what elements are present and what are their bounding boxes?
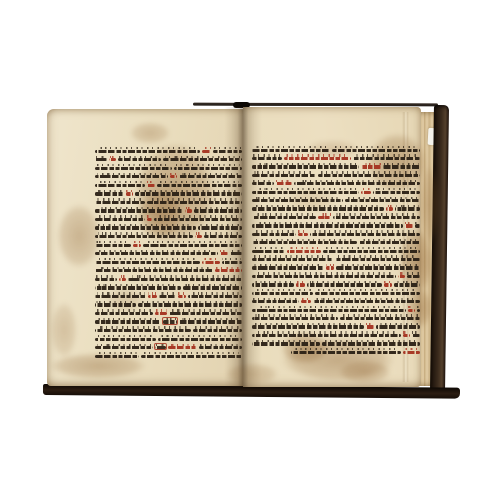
rubric-segment [384, 281, 392, 287]
ink-segment [95, 344, 153, 350]
ink-segment [95, 215, 145, 221]
ink-segment [95, 241, 131, 247]
ink-segment [159, 292, 176, 298]
left-text-block [95, 147, 242, 358]
manuscript-text-line [252, 348, 420, 354]
manuscript-text-line [95, 232, 242, 238]
manuscript-text-line [95, 309, 242, 315]
ink-segment [95, 309, 153, 315]
ink-segment [376, 323, 420, 329]
manuscript-text-line [95, 352, 242, 358]
rubric-segment [398, 272, 405, 278]
ink-segment [252, 163, 359, 169]
ink-segment [313, 298, 420, 304]
rubric-segment [126, 190, 133, 196]
ink-segment [95, 156, 107, 162]
photo-open-manuscript [0, 0, 500, 500]
manuscript-text-line [95, 267, 242, 273]
ink-segment [252, 331, 401, 337]
rubric-segment [403, 331, 410, 337]
ink-segment [95, 164, 172, 170]
manuscript-text-line [95, 258, 242, 264]
gutter-shadow [224, 107, 262, 387]
rubric-segment [296, 281, 304, 287]
rubric-segment [284, 154, 351, 160]
right-cover-edge [430, 105, 449, 396]
manuscript-text-line [95, 181, 242, 187]
manuscript-text-line [95, 344, 242, 350]
manuscript-text-line [95, 173, 242, 179]
ink-segment [415, 222, 420, 228]
manuscript-text-line [252, 154, 420, 160]
manuscript-text-line [95, 318, 242, 324]
ink-segment [353, 154, 420, 160]
ink-segment [252, 323, 364, 329]
manuscript-text-line [95, 156, 242, 162]
manuscript-text-line [252, 323, 420, 329]
manuscript-text-line [252, 331, 420, 337]
manuscript-text-line [252, 281, 420, 287]
manuscript-text-line [252, 239, 420, 245]
manuscript-text-line [252, 188, 420, 194]
ink-segment [95, 326, 191, 332]
manuscript-text-line [95, 207, 242, 213]
ink-segment [252, 264, 324, 270]
ink-segment [345, 197, 420, 203]
manuscript-text-line [252, 171, 420, 177]
ink-segment [95, 292, 146, 298]
ink-segment [95, 147, 200, 153]
manuscript-text-line [95, 326, 242, 332]
manuscript-text-line [95, 292, 242, 298]
rubric-segment [195, 232, 202, 238]
ink-segment [252, 222, 403, 228]
rubric-segment [408, 306, 415, 312]
ink-segment [412, 331, 420, 337]
ink-segment [95, 207, 183, 213]
manuscript-text-line [252, 163, 420, 169]
ink-segment [95, 335, 156, 341]
ink-segment [118, 156, 161, 162]
manuscript-text-line [252, 340, 420, 346]
rubric-segment [405, 222, 413, 228]
ink-segment [95, 267, 213, 273]
rubric-segment [386, 205, 393, 211]
ink-segment [310, 230, 420, 236]
ink-segment [359, 239, 420, 245]
ink-segment [394, 281, 420, 287]
manuscript-text-line [252, 289, 420, 295]
manuscript-text-line [95, 147, 242, 153]
manuscript-text-line [95, 215, 242, 221]
manuscript-text-line [95, 224, 242, 230]
manuscript-text-line [252, 306, 420, 312]
rubric-segment [202, 147, 211, 153]
ink-segment [95, 190, 124, 196]
rubric-segment [361, 163, 381, 169]
ink-segment [252, 255, 333, 261]
boxed-word [163, 318, 178, 324]
rubric-segment [155, 309, 167, 315]
ink-segment [95, 258, 200, 264]
rubric-segment [178, 292, 187, 298]
manuscript-text-line [252, 314, 420, 320]
ink-segment [95, 232, 193, 238]
ink-segment [323, 247, 420, 253]
ink-segment [252, 197, 343, 203]
ink-segment [95, 318, 161, 324]
ink-segment [252, 306, 406, 312]
rubric-segment [276, 180, 293, 186]
ink-segment [307, 281, 382, 287]
ink-segment [252, 272, 396, 278]
manuscript-text-line [95, 335, 242, 341]
ink-segment [252, 340, 320, 346]
manuscript-text-line [252, 197, 420, 203]
manuscript-text-line [252, 247, 420, 253]
ink-segment [395, 205, 420, 211]
manuscript-text-line [95, 275, 242, 281]
boxed-word [155, 344, 167, 350]
rubric-segment [403, 348, 420, 354]
manuscript-text-line [95, 250, 242, 256]
manuscript-text-line [95, 241, 242, 247]
ink-segment [294, 180, 420, 186]
manuscript-text-line [252, 298, 420, 304]
ink-segment [95, 301, 136, 307]
ink-segment [95, 224, 196, 230]
ink-segment [332, 146, 420, 152]
manuscript-text-line [95, 190, 242, 196]
ink-segment [252, 146, 330, 152]
rubric-segment [326, 264, 334, 270]
manuscript-text-line [252, 264, 420, 270]
rubric-segment [168, 344, 197, 350]
ink-segment [95, 173, 168, 179]
ink-segment [291, 348, 401, 354]
rubric-segment [287, 247, 320, 253]
rubric-segment [202, 258, 220, 264]
rubric-segment [147, 181, 156, 187]
rubric-segment [170, 173, 177, 179]
ink-segment [318, 171, 420, 177]
ink-segment [417, 306, 420, 312]
rubric-segment [119, 275, 126, 281]
rubric-segment [301, 298, 311, 304]
ink-segment [335, 255, 420, 261]
manuscript-text-line [95, 164, 242, 170]
ink-segment [252, 205, 384, 211]
ink-segment [407, 272, 420, 278]
ink-segment [252, 239, 357, 245]
manuscript-text-line [252, 255, 420, 261]
ink-segment [95, 352, 139, 358]
manuscript-text-line [252, 180, 420, 186]
ink-segment [95, 284, 181, 290]
ink-segment [315, 289, 420, 295]
rubric-segment [185, 207, 192, 213]
ink-segment [322, 340, 420, 346]
rubric-segment [366, 323, 374, 329]
ink-segment [95, 275, 117, 281]
rubric-segment [361, 188, 371, 194]
ink-segment [340, 314, 420, 320]
ink-segment [252, 188, 359, 194]
open-book [0, 0, 500, 500]
ink-segment [333, 213, 420, 219]
manuscript-text-line [252, 205, 420, 211]
rubric-segment [298, 230, 308, 236]
rubric-segment [318, 213, 331, 219]
manuscript-text-line [252, 213, 420, 219]
ink-segment [252, 314, 338, 320]
manuscript-text-line [95, 284, 242, 290]
manuscript-text-line [95, 301, 242, 307]
ink-segment [95, 250, 218, 256]
ink-segment [383, 163, 420, 169]
manuscript-text-line [252, 222, 420, 228]
rubric-segment [147, 215, 153, 221]
ink-segment [95, 181, 145, 187]
manuscript-text-line [95, 198, 242, 204]
rubric-segment [109, 156, 116, 162]
manuscript-text-line [252, 146, 420, 152]
manuscript-text-line [252, 230, 420, 236]
ink-segment [95, 198, 145, 204]
right-text-block [252, 146, 420, 354]
manuscript-text-line [252, 272, 420, 278]
rubric-segment [133, 241, 140, 247]
ink-segment [336, 264, 420, 270]
ink-segment [373, 188, 420, 194]
rubric-segment [148, 292, 157, 298]
